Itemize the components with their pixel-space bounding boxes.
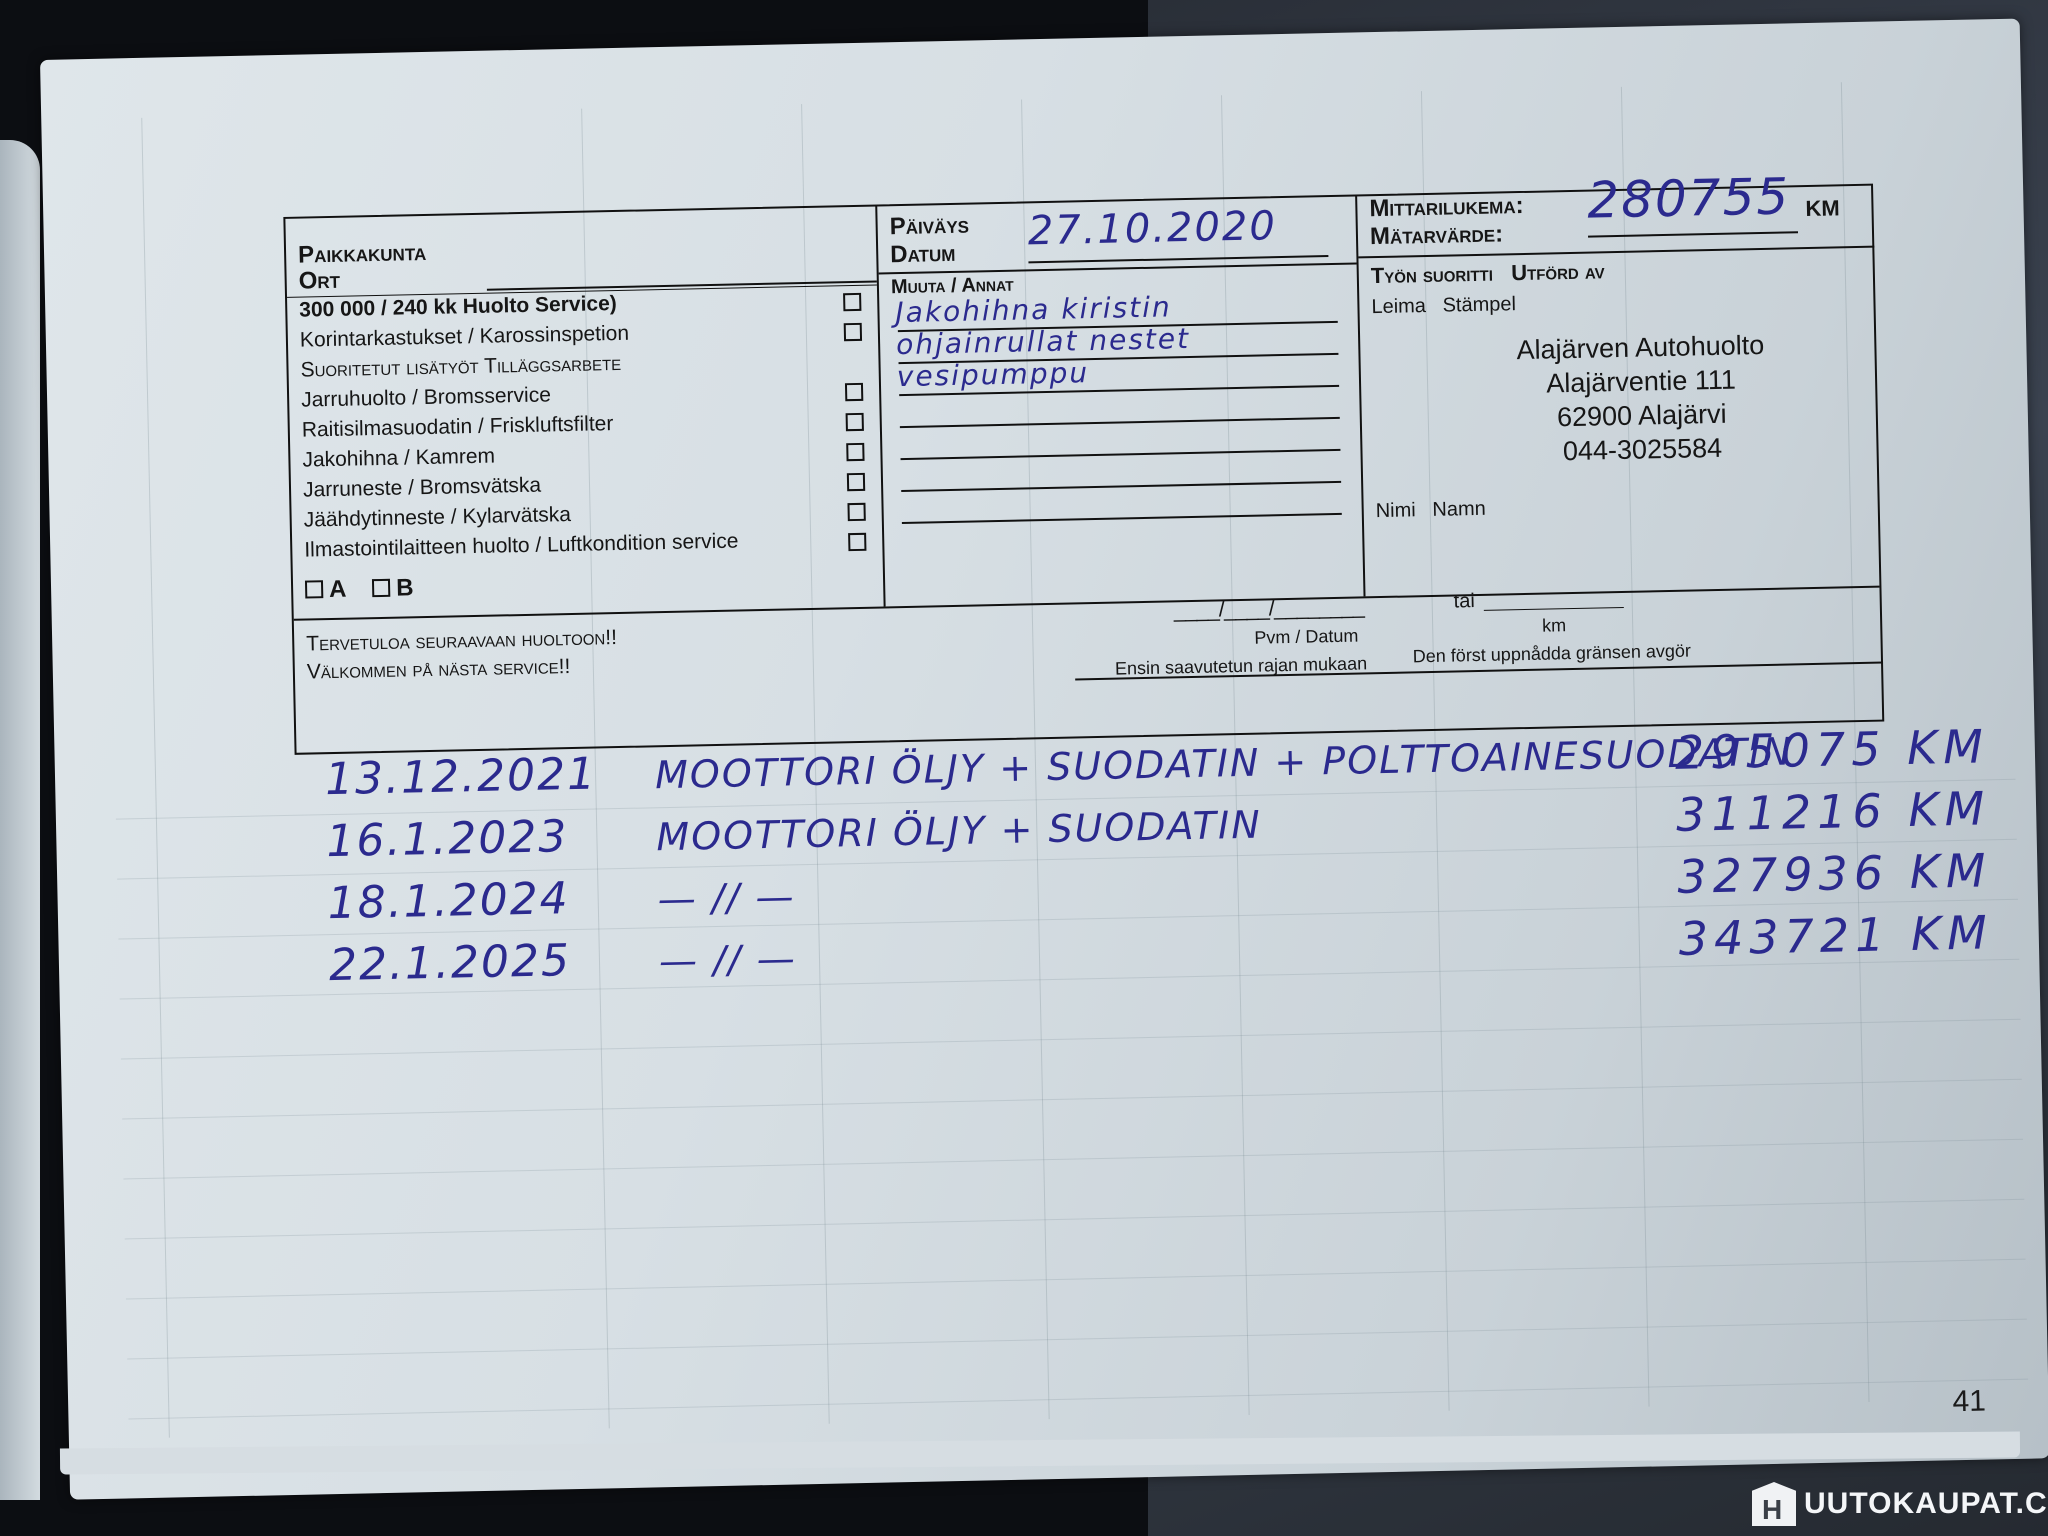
performed-by-label-sv: Utförd av — [1511, 258, 1605, 285]
service-item-label: Jakohihna / Kamrem — [302, 445, 495, 472]
service-item-checkbox[interactable] — [847, 473, 865, 491]
stamp-label: Leima Stämpel — [1371, 293, 1516, 318]
log-description: — // — — [659, 936, 798, 983]
date-value[interactable]: 27.10.2020 — [1027, 204, 1277, 253]
date-caption: Pvm / Datum — [1254, 627, 1358, 649]
odometer-label-fi: Mittarilukema: — [1369, 193, 1524, 223]
next-date-field[interactable]: ____/____/________ — [1174, 594, 1364, 622]
grid-line — [123, 1139, 2023, 1180]
grid-line — [128, 1379, 2028, 1420]
grid-line — [125, 1199, 2025, 1240]
service-book-page: Paikkakunta Ort 300 000 / 240 kk Huolto … — [40, 19, 2048, 1500]
watermark-text: UUTOKAUPAT.COM — [1804, 1487, 2048, 1521]
service-items-column: Paikkakunta Ort 300 000 / 240 kk Huolto … — [285, 206, 885, 618]
odometer-unit: KM — [1805, 196, 1840, 221]
odometer-value[interactable]: 280755 — [1587, 169, 1791, 228]
service-record-form: Paikkakunta Ort 300 000 / 240 kk Huolto … — [283, 184, 1884, 755]
place-label-fi: Paikkakunta — [298, 240, 427, 269]
service-item-checkbox[interactable] — [847, 503, 865, 521]
notes-line[interactable] — [902, 513, 1342, 524]
service-item-checkbox[interactable] — [846, 443, 864, 461]
date-field-line — [1028, 255, 1328, 263]
notes-text: vesipumppu — [896, 356, 1089, 393]
name-label: Nimi Namn — [1376, 498, 1486, 522]
service-item-checkbox[interactable] — [846, 413, 864, 431]
grid-line — [122, 1079, 2022, 1120]
log-description: — // — — [657, 874, 796, 921]
performed-by-label-fi: Työn suoritti — [1371, 261, 1494, 289]
service-item-checkbox[interactable] — [843, 293, 861, 311]
limit-note-sv: Den först uppnådda gränsen avgör — [1413, 642, 1692, 668]
odometer-label-sv: Mätarvärde: — [1370, 221, 1504, 250]
notes-line[interactable] — [900, 417, 1340, 428]
stamp-company: Alajärven Autohuolto — [1470, 327, 1811, 368]
log-date: 16.1.2023 — [326, 811, 569, 867]
option-a-checkbox[interactable] — [305, 580, 323, 598]
log-date: 18.1.2024 — [327, 873, 570, 929]
log-odometer: 343721 KM — [1678, 905, 1993, 966]
log-odometer: 311216 KM — [1676, 781, 1991, 842]
service-item-checkbox[interactable] — [845, 383, 863, 401]
workshop-stamp: Alajärven Autohuolto Alajärventie 111 62… — [1470, 327, 1813, 470]
notes-line[interactable] — [901, 449, 1341, 460]
huutokaupat-logo-icon: H — [1752, 1482, 1796, 1526]
service-item-checkbox[interactable] — [848, 533, 866, 551]
log-odometer: 327936 KM — [1677, 843, 1992, 904]
log-description: MOOTTORI ÖLJY + SUODATIN — [656, 803, 1262, 860]
service-item-checkbox[interactable] — [844, 323, 862, 341]
km-label: km — [1542, 616, 1566, 636]
date-label-sv: Datum — [890, 241, 956, 269]
welcome-sv: Välkommen på nästa service!! — [307, 655, 571, 684]
service-item-label: Jarruhuolto / Bromsservice — [301, 383, 551, 411]
notes-line[interactable] — [901, 481, 1341, 492]
place-label-sv: Ort — [298, 268, 340, 295]
page-number: 41 — [1952, 1385, 1986, 1420]
odometer-field-line — [1588, 231, 1798, 237]
watermark: H UUTOKAUPAT.COM — [1752, 1478, 2048, 1530]
stamp-phone: 044-3025584 — [1472, 429, 1813, 470]
service-item-label: Jarruneste / Bromsvätska — [303, 474, 542, 502]
performed-by-label: Työn suoritti Utförd av — [1371, 259, 1605, 288]
or-label: tai — [1453, 590, 1475, 612]
grid-line — [127, 1319, 2027, 1360]
notes-text: ohjainrullat nestet — [896, 322, 1191, 361]
date-notes-column: Päiväys Datum 27.10.2020 Muuta / Annat J… — [877, 196, 1365, 606]
log-odometer: 295075 KM — [1674, 719, 1989, 780]
grid-line — [141, 118, 170, 1438]
logo-letter: H — [1762, 1494, 1783, 1526]
log-date: 22.1.2025 — [328, 935, 571, 991]
service-items-list: 300 000 / 240 kk Huolto Service)Korintar… — [299, 287, 875, 569]
option-b-checkbox[interactable] — [372, 579, 390, 597]
previous-page-edge — [0, 140, 40, 1500]
option-a-label: A — [329, 576, 346, 603]
date-label-fi: Päiväys — [889, 213, 969, 241]
grid-line — [126, 1259, 2026, 1300]
option-ab: A B — [305, 574, 414, 604]
grid-line — [121, 1019, 2021, 1060]
log-date: 13.12.2021 — [325, 748, 598, 805]
service-item-label: Jäähdytinneste / Kylarvätska — [303, 503, 571, 532]
next-km-field[interactable] — [1484, 607, 1624, 611]
odometer-stamp-column: Mittarilukema: Mätarvärde: 280755 KM Työ… — [1357, 186, 1881, 597]
option-b-label: B — [396, 574, 414, 601]
welcome-fi: Tervetuloa seuraavaan huoltoon!! — [306, 626, 617, 656]
